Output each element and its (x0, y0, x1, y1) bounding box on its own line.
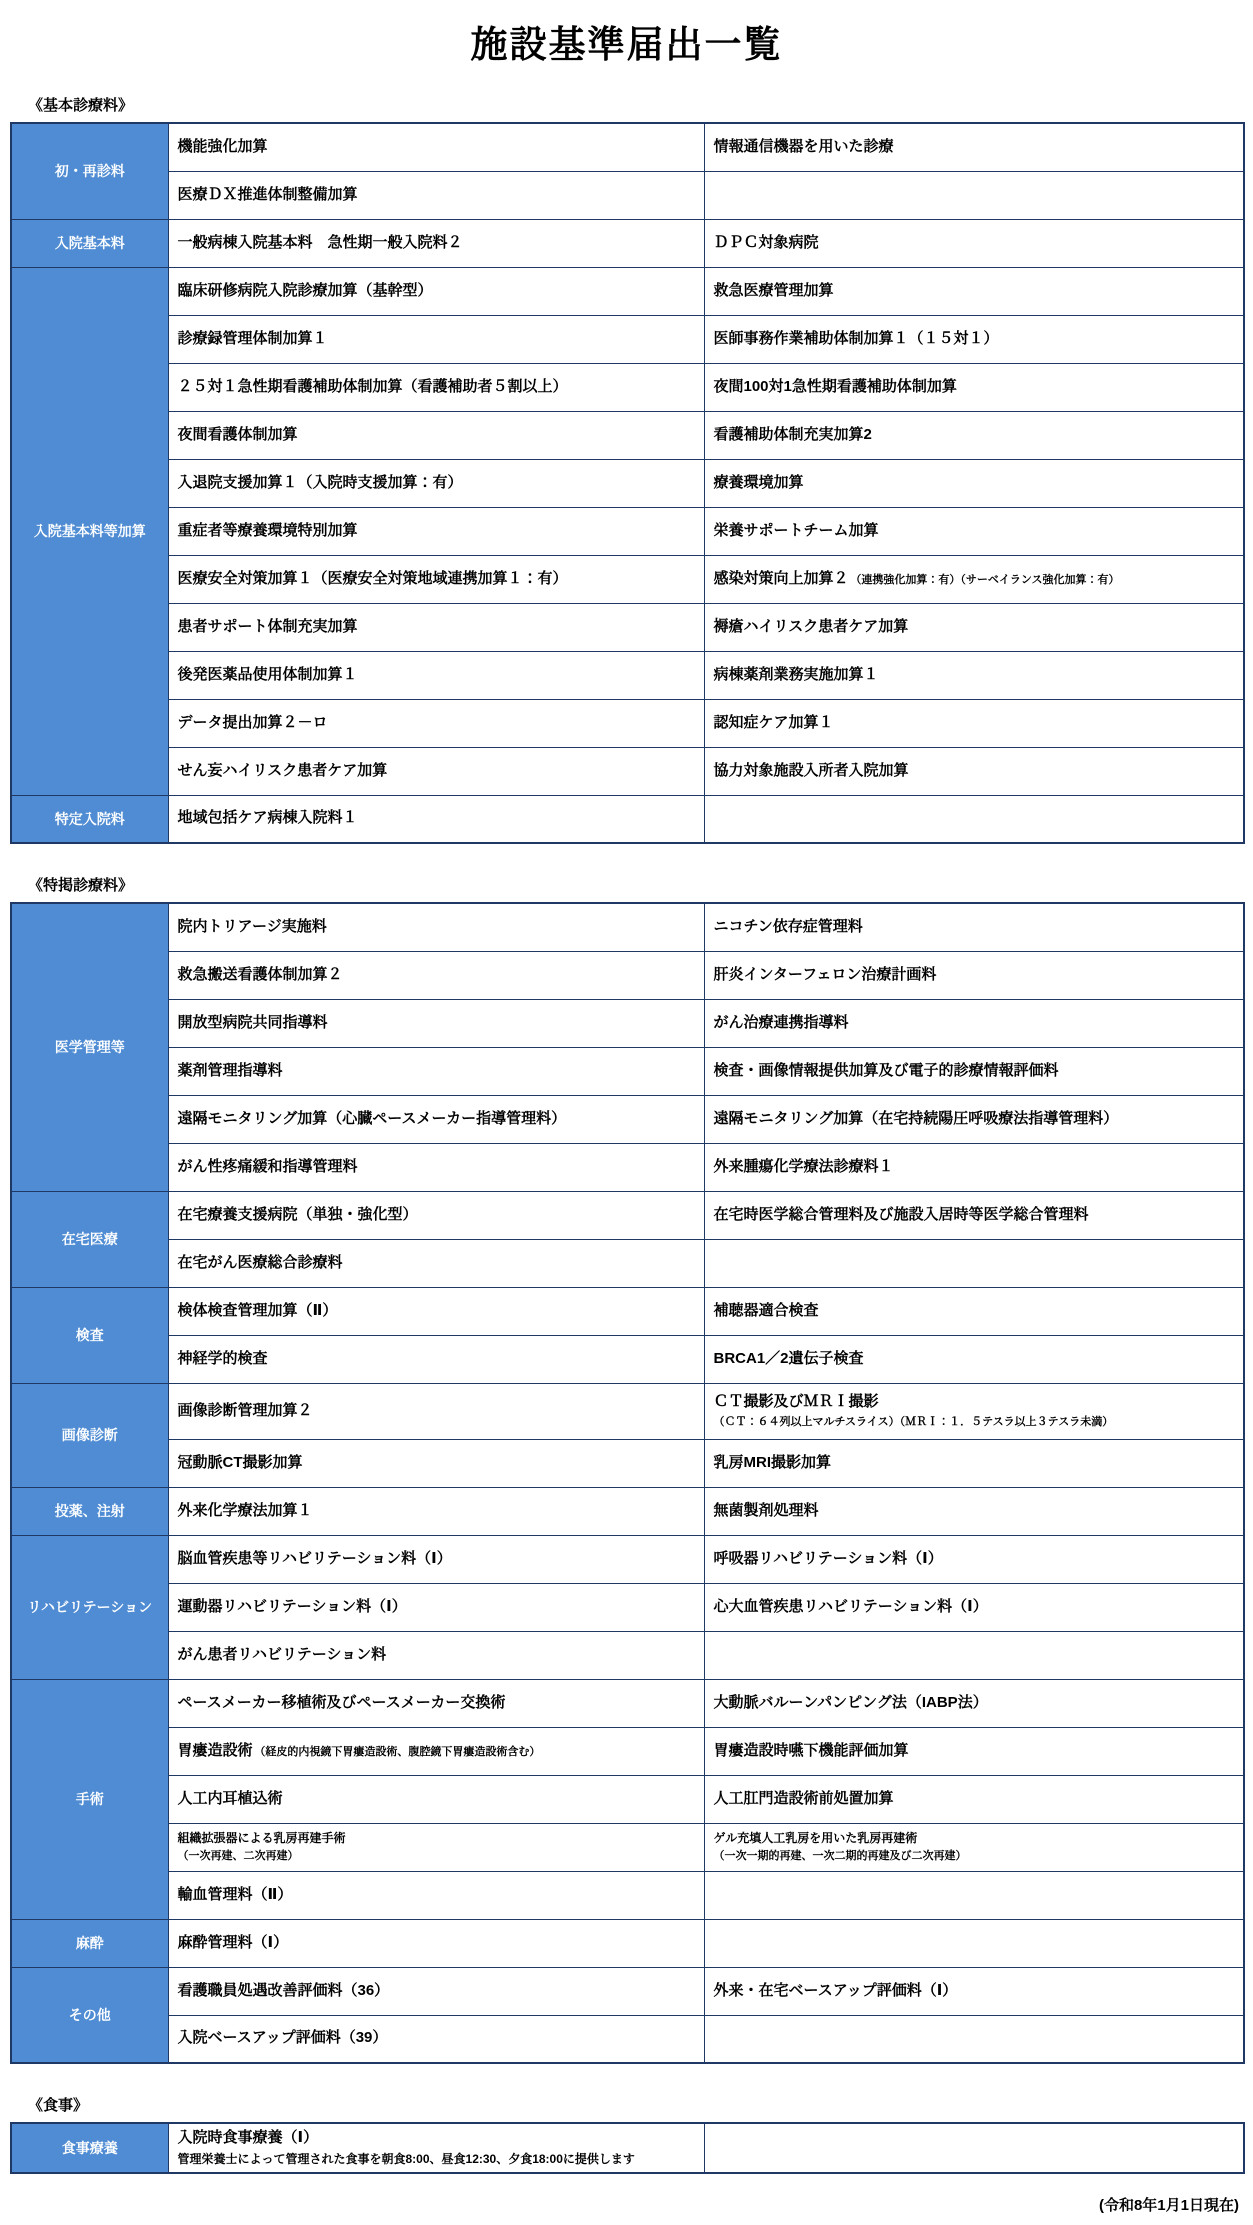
item-cell: 人工肛門造設術前処置加算 (704, 1775, 1244, 1823)
item-cell: 大動脈バルーンパンピング法（IABP法） (704, 1679, 1244, 1727)
table-row: 薬剤管理指導料検査・画像情報提供加算及び電子的診療情報評価料 (11, 1047, 1244, 1095)
category-cell: 投薬、注射 (11, 1487, 168, 1535)
item-cell: 救急搬送看護体制加算２ (168, 951, 704, 999)
section-heading-meals: 《食事》 (28, 2094, 1243, 2115)
item-label: 院内トリアージ実施料 (178, 918, 698, 937)
item-cell: 看護職員処遇改善評価料（36） (168, 1967, 704, 2015)
item-cell: 検体検査管理加算（Ⅱ） (168, 1287, 704, 1335)
item-cell: がん治療連携指導料 (704, 999, 1244, 1047)
item-label: 肝炎インターフェロン治療計画料 (714, 966, 1238, 985)
section-heading-basic: 《基本診療料》 (28, 94, 1243, 115)
table-row: 入院基本料等加算臨床研修病院入院診療加算（基幹型）救急医療管理加算 (11, 267, 1244, 315)
table-row: 胃瘻造設術 （経皮的内視鏡下胃瘻造設術、腹腔鏡下胃瘻造設術含む）胃瘻造設時嚥下機… (11, 1727, 1244, 1775)
item-label: 情報通信機器を用いた診療 (714, 138, 1238, 157)
item-cell: ゲル充填人工乳房を用いた乳房再建術（一次一期的再建、一次二期的再建及び二次再建） (704, 1823, 1244, 1871)
item-label: 後発医薬品使用体制加算１ (178, 666, 698, 685)
document: 施設基準届出一覧 《基本診療料》 初・再診料機能強化加算情報通信機器を用いた診療… (0, 0, 1253, 2225)
table-row: 運動器リハビリテーション料（Ⅰ）心大血管疾患リハビリテーション料（Ⅰ） (11, 1583, 1244, 1631)
item-label: 褥瘡ハイリスク患者ケア加算 (714, 618, 1238, 637)
category-cell: リハビリテーション (11, 1535, 168, 1679)
item-cell: 栄養サポートチーム加算 (704, 507, 1244, 555)
item-subtext: （一次再建、二次再建） (178, 1850, 698, 1863)
item-label: 輸血管理料（Ⅱ） (178, 1886, 698, 1905)
item-label: 救急搬送看護体制加算２ (178, 966, 698, 985)
category-cell: 入院基本料 (11, 219, 168, 267)
item-cell: 脳血管疾患等リハビリテーション料（Ⅰ） (168, 1535, 704, 1583)
item-label: 画像診断管理加算２ (178, 1402, 698, 1421)
table-row: 医療ＤＸ推進体制整備加算 (11, 171, 1244, 219)
table-row: 組織拡張器による乳房再建手術（一次再建、二次再建）ゲル充填人工乳房を用いた乳房再… (11, 1823, 1244, 1871)
item-cell: 遠隔モニタリング加算（心臓ペースメーカー指導管理料） (168, 1095, 704, 1143)
item-label: 薬剤管理指導料 (178, 1062, 698, 1081)
item-cell: 在宅時医学総合管理料及び施設入居時等医学総合管理料 (704, 1191, 1244, 1239)
item-cell: 薬剤管理指導料 (168, 1047, 704, 1095)
item-cell: 肝炎インターフェロン治療計画料 (704, 951, 1244, 999)
item-label: 臨床研修病院入院診療加算（基幹型） (178, 282, 698, 301)
item-label: 遠隔モニタリング加算（心臓ペースメーカー指導管理料） (178, 1110, 698, 1129)
table-row: 開放型病院共同指導料がん治療連携指導料 (11, 999, 1244, 1047)
item-cell: 開放型病院共同指導料 (168, 999, 704, 1047)
item-cell: 入退院支援加算１（入院時支援加算：有） (168, 459, 704, 507)
item-cell: 呼吸器リハビリテーション料（Ⅰ） (704, 1535, 1244, 1583)
item-cell: 在宅療養支援病院（単独・強化型） (168, 1191, 704, 1239)
item-cell: 病棟薬剤業務実施加算１ (704, 651, 1244, 699)
item-cell: 医療安全対策加算１（医療安全対策地域連携加算１：有） (168, 555, 704, 603)
item-label: 救急医療管理加算 (714, 282, 1238, 301)
item-label: 無菌製剤処理料 (714, 1502, 1238, 1521)
table-row: 患者サポート体制充実加算褥瘡ハイリスク患者ケア加算 (11, 603, 1244, 651)
item-subtext: 管理栄養士によって管理された食事を朝食8:00、昼食12:30、夕食18:00に… (178, 2152, 698, 2166)
item-cell: ＣＴ撮影及びＭＲＩ撮影（ＣＴ：６４列以上マルチスライス）（ＭＲＩ：１．５テスラ以… (704, 1383, 1244, 1439)
category-cell: 入院基本料等加算 (11, 267, 168, 795)
item-label: 組織拡張器による乳房再建手術 (178, 1831, 698, 1846)
item-label: 在宅がん医療総合診療料 (178, 1254, 698, 1273)
item-cell (704, 171, 1244, 219)
item-cell: 夜間100対1急性期看護補助体制加算 (704, 363, 1244, 411)
item-label: 栄養サポートチーム加算 (714, 522, 1238, 541)
as-of-date: (令和8年1月1日現在) (10, 2194, 1239, 2215)
item-label: 外来化学療法加算１ (178, 1502, 698, 1521)
item-label: 人工内耳植込術 (178, 1790, 698, 1809)
item-label: ＤＰＣ対象病院 (714, 234, 1238, 253)
table-row: 診療録管理体制加算１医師事務作業補助体制加算１（１５対１） (11, 315, 1244, 363)
table-row: 在宅医療在宅療養支援病院（単独・強化型）在宅時医学総合管理料及び施設入居時等医学… (11, 1191, 1244, 1239)
table-row: 食事療養入院時食事療養（Ⅰ）管理栄養士によって管理された食事を朝食8:00、昼食… (11, 2123, 1244, 2173)
item-cell: 地域包括ケア病棟入院料１ (168, 795, 704, 843)
item-label: 夜間看護体制加算 (178, 426, 698, 445)
meals-table: 食事療養入院時食事療養（Ⅰ）管理栄養士によって管理された食事を朝食8:00、昼食… (10, 2122, 1245, 2174)
item-cell: 冠動脈CT撮影加算 (168, 1439, 704, 1487)
item-cell: データ提出加算２－ロ (168, 699, 704, 747)
item-label: 大動脈バルーンパンピング法（IABP法） (714, 1694, 1238, 1713)
item-label: 神経学的検査 (178, 1350, 698, 1369)
item-cell: 胃瘻造設時嚥下機能評価加算 (704, 1727, 1244, 1775)
table-row: リハビリテーション脳血管疾患等リハビリテーション料（Ⅰ）呼吸器リハビリテーション… (11, 1535, 1244, 1583)
item-cell (704, 1871, 1244, 1919)
table-row: データ提出加算２－ロ認知症ケア加算１ (11, 699, 1244, 747)
table-row: 遠隔モニタリング加算（心臓ペースメーカー指導管理料）遠隔モニタリング加算（在宅持… (11, 1095, 1244, 1143)
table-row: 救急搬送看護体制加算２肝炎インターフェロン治療計画料 (11, 951, 1244, 999)
item-cell: 検査・画像情報提供加算及び電子的診療情報評価料 (704, 1047, 1244, 1095)
item-cell: ペースメーカー移植術及びペースメーカー交換術 (168, 1679, 704, 1727)
category-cell: その他 (11, 1967, 168, 2063)
item-cell: 運動器リハビリテーション料（Ⅰ） (168, 1583, 704, 1631)
item-label: 補聴器適合検査 (714, 1302, 1238, 1321)
item-label: 遠隔モニタリング加算（在宅持続陽圧呼吸療法指導管理料） (714, 1110, 1238, 1129)
table-row: 輸血管理料（Ⅱ） (11, 1871, 1244, 1919)
item-label: ２５対１急性期看護補助体制加算（看護補助者５割以上） (178, 378, 698, 397)
item-cell: 医師事務作業補助体制加算１（１５対１） (704, 315, 1244, 363)
item-cell: 外来腫瘍化学療法診療料１ (704, 1143, 1244, 1191)
item-label: 外来・在宅ベースアップ評価料（Ⅰ） (714, 1982, 1238, 2001)
item-label: 乳房MRI撮影加算 (714, 1454, 1238, 1473)
item-cell: 胃瘻造設術 （経皮的内視鏡下胃瘻造設術、腹腔鏡下胃瘻造設術含む） (168, 1727, 704, 1775)
item-cell: 救急医療管理加算 (704, 267, 1244, 315)
item-label: 入院ベースアップ評価料（39） (178, 2029, 698, 2048)
item-cell (704, 2015, 1244, 2063)
item-cell: 感染対策向上加算２ （連携強化加算：有）（サーベイランス強化加算：有） (704, 555, 1244, 603)
item-cell: 機能強化加算 (168, 123, 704, 171)
table-row: 神経学的検査BRCA1／2遺伝子検査 (11, 1335, 1244, 1383)
item-cell: 認知症ケア加算１ (704, 699, 1244, 747)
item-cell: ２５対１急性期看護補助体制加算（看護補助者５割以上） (168, 363, 704, 411)
item-cell: 外来・在宅ベースアップ評価料（Ⅰ） (704, 1967, 1244, 2015)
item-cell: 遠隔モニタリング加算（在宅持続陽圧呼吸療法指導管理料） (704, 1095, 1244, 1143)
item-label: 心大血管疾患リハビリテーション料（Ⅰ） (714, 1598, 1238, 1617)
item-label: 在宅療養支援病院（単独・強化型） (178, 1206, 698, 1225)
item-cell: 輸血管理料（Ⅱ） (168, 1871, 704, 1919)
item-cell: ニコチン依存症管理料 (704, 903, 1244, 951)
item-cell (704, 1919, 1244, 1967)
special-fees-table: 医学管理等院内トリアージ実施料ニコチン依存症管理料救急搬送看護体制加算２肝炎イン… (10, 902, 1245, 2064)
category-cell: 医学管理等 (11, 903, 168, 1191)
item-label: 冠動脈CT撮影加算 (178, 1454, 698, 1473)
item-label: ニコチン依存症管理料 (714, 918, 1238, 937)
item-label: 検査・画像情報提供加算及び電子的診療情報評価料 (714, 1062, 1238, 1081)
basic-fees-table: 初・再診料機能強化加算情報通信機器を用いた診療医療ＤＸ推進体制整備加算入院基本料… (10, 122, 1245, 844)
category-cell: 在宅医療 (11, 1191, 168, 1287)
table-row: せん妄ハイリスク患者ケア加算協力対象施設入所者入院加算 (11, 747, 1244, 795)
item-label: せん妄ハイリスク患者ケア加算 (178, 762, 698, 781)
item-label: がん患者リハビリテーション料 (178, 1646, 698, 1665)
table-row: 初・再診料機能強化加算情報通信機器を用いた診療 (11, 123, 1244, 171)
item-label: BRCA1／2遺伝子検査 (714, 1350, 1238, 1369)
category-cell: 検査 (11, 1287, 168, 1383)
item-cell: 重症者等療養環境特別加算 (168, 507, 704, 555)
item-cell (704, 795, 1244, 843)
item-label: 看護補助体制充実加算2 (714, 426, 1238, 445)
item-label: データ提出加算２－ロ (178, 714, 698, 733)
item-cell: がん性疼痛緩和指導管理料 (168, 1143, 704, 1191)
item-cell: 無菌製剤処理料 (704, 1487, 1244, 1535)
item-label: 認知症ケア加算１ (714, 714, 1238, 733)
section-heading-special: 《特掲診療料》 (28, 874, 1243, 895)
item-cell: せん妄ハイリスク患者ケア加算 (168, 747, 704, 795)
item-label: 機能強化加算 (178, 138, 698, 157)
item-label: ペースメーカー移植術及びペースメーカー交換術 (178, 1694, 698, 1713)
category-cell: 食事療養 (11, 2123, 168, 2173)
item-label: 一般病棟入院基本料 急性期一般入院料２ (178, 234, 698, 253)
item-label: 看護職員処遇改善評価料（36） (178, 1982, 698, 2001)
item-label: 外来腫瘍化学療法診療料１ (714, 1158, 1238, 1177)
table-row: 入院ベースアップ評価料（39） (11, 2015, 1244, 2063)
item-cell: 褥瘡ハイリスク患者ケア加算 (704, 603, 1244, 651)
item-label: 在宅時医学総合管理料及び施設入居時等医学総合管理料 (714, 1206, 1238, 1225)
item-cell: 乳房MRI撮影加算 (704, 1439, 1244, 1487)
item-label: 重症者等療養環境特別加算 (178, 522, 698, 541)
item-cell: 協力対象施設入所者入院加算 (704, 747, 1244, 795)
item-cell: 神経学的検査 (168, 1335, 704, 1383)
item-label: 胃瘻造設時嚥下機能評価加算 (714, 1742, 1238, 1761)
category-cell: 麻酔 (11, 1919, 168, 1967)
item-label: 夜間100対1急性期看護補助体制加算 (714, 378, 1238, 397)
item-cell: 人工内耳植込術 (168, 1775, 704, 1823)
item-cell: 患者サポート体制充実加算 (168, 603, 704, 651)
item-label: 病棟薬剤業務実施加算１ (714, 666, 1238, 685)
item-subtext: （一次一期的再建、一次二期的再建及び二次再建） (714, 1850, 1238, 1863)
table-row: 特定入院料地域包括ケア病棟入院料１ (11, 795, 1244, 843)
table-row: 入院基本料一般病棟入院基本料 急性期一般入院料２ＤＰＣ対象病院 (11, 219, 1244, 267)
item-cell: 組織拡張器による乳房再建手術（一次再建、二次再建） (168, 1823, 704, 1871)
item-cell (704, 1239, 1244, 1287)
table-row: 投薬、注射外来化学療法加算１無菌製剤処理料 (11, 1487, 1244, 1535)
item-label: がん性疼痛緩和指導管理料 (178, 1158, 698, 1177)
table-row: 手術ペースメーカー移植術及びペースメーカー交換術大動脈バルーンパンピング法（IA… (11, 1679, 1244, 1727)
item-label: 入院時食事療養（Ⅰ） (178, 2129, 698, 2148)
table-row: 医学管理等院内トリアージ実施料ニコチン依存症管理料 (11, 903, 1244, 951)
item-cell: 後発医薬品使用体制加算１ (168, 651, 704, 699)
category-cell: 画像診断 (11, 1383, 168, 1487)
category-cell: 初・再診料 (11, 123, 168, 219)
item-label: 協力対象施設入所者入院加算 (714, 762, 1238, 781)
table-row: 夜間看護体制加算看護補助体制充実加算2 (11, 411, 1244, 459)
item-cell: 医療ＤＸ推進体制整備加算 (168, 171, 704, 219)
table-row: ２５対１急性期看護補助体制加算（看護補助者５割以上）夜間100対1急性期看護補助… (11, 363, 1244, 411)
item-label: ＣＴ撮影及びＭＲＩ撮影 (714, 1393, 1238, 1412)
item-cell: 一般病棟入院基本料 急性期一般入院料２ (168, 219, 704, 267)
item-label: 呼吸器リハビリテーション料（Ⅰ） (714, 1550, 1238, 1569)
item-cell: 補聴器適合検査 (704, 1287, 1244, 1335)
item-cell: がん患者リハビリテーション料 (168, 1631, 704, 1679)
category-cell: 特定入院料 (11, 795, 168, 843)
item-cell (704, 2123, 1244, 2173)
table-row: がん患者リハビリテーション料 (11, 1631, 1244, 1679)
item-cell: BRCA1／2遺伝子検査 (704, 1335, 1244, 1383)
table-row: 冠動脈CT撮影加算乳房MRI撮影加算 (11, 1439, 1244, 1487)
table-row: 在宅がん医療総合診療料 (11, 1239, 1244, 1287)
item-cell: 麻酔管理料（Ⅰ） (168, 1919, 704, 1967)
item-label: 医療安全対策加算１（医療安全対策地域連携加算１：有） (178, 570, 698, 589)
item-cell: 在宅がん医療総合診療料 (168, 1239, 704, 1287)
item-cell: 入院ベースアップ評価料（39） (168, 2015, 704, 2063)
table-row: 医療安全対策加算１（医療安全対策地域連携加算１：有）感染対策向上加算２ （連携強… (11, 555, 1244, 603)
item-cell: 院内トリアージ実施料 (168, 903, 704, 951)
item-cell: 画像診断管理加算２ (168, 1383, 704, 1439)
item-cell: ＤＰＣ対象病院 (704, 219, 1244, 267)
table-row: 後発医薬品使用体制加算１病棟薬剤業務実施加算１ (11, 651, 1244, 699)
item-label: 開放型病院共同指導料 (178, 1014, 698, 1033)
table-row: 検査検体検査管理加算（Ⅱ）補聴器適合検査 (11, 1287, 1244, 1335)
item-cell: 情報通信機器を用いた診療 (704, 123, 1244, 171)
table-row: その他看護職員処遇改善評価料（36）外来・在宅ベースアップ評価料（Ⅰ） (11, 1967, 1244, 2015)
item-cell: 診療録管理体制加算１ (168, 315, 704, 363)
item-label: 医師事務作業補助体制加算１（１５対１） (714, 330, 1238, 349)
category-cell: 手術 (11, 1679, 168, 1919)
item-label: 医療ＤＸ推進体制整備加算 (178, 186, 698, 205)
table-row: がん性疼痛緩和指導管理料外来腫瘍化学療法診療料１ (11, 1143, 1244, 1191)
item-label: 脳血管疾患等リハビリテーション料（Ⅰ） (178, 1550, 698, 1569)
table-row: 画像診断画像診断管理加算２ＣＴ撮影及びＭＲＩ撮影（ＣＴ：６４列以上マルチスライス… (11, 1383, 1244, 1439)
item-label: 麻酔管理料（Ⅰ） (178, 1934, 698, 1953)
item-label: がん治療連携指導料 (714, 1014, 1238, 1033)
item-label: 運動器リハビリテーション料（Ⅰ） (178, 1598, 698, 1617)
item-note: （経皮的内視鏡下胃瘻造設術、腹腔鏡下胃瘻造設術含む） (253, 1746, 541, 1758)
item-label: ゲル充填人工乳房を用いた乳房再建術 (714, 1831, 1238, 1846)
item-label: 療養環境加算 (714, 474, 1238, 493)
item-label: 検体検査管理加算（Ⅱ） (178, 1302, 698, 1321)
item-label: 患者サポート体制充実加算 (178, 618, 698, 637)
item-cell: 療養環境加算 (704, 459, 1244, 507)
table-row: 重症者等療養環境特別加算栄養サポートチーム加算 (11, 507, 1244, 555)
item-cell: 心大血管疾患リハビリテーション料（Ⅰ） (704, 1583, 1244, 1631)
page-title: 施設基準届出一覧 (10, 14, 1243, 68)
table-row: 人工内耳植込術人工肛門造設術前処置加算 (11, 1775, 1244, 1823)
item-label: 感染対策向上加算２ （連携強化加算：有）（サーベイランス強化加算：有） (714, 570, 1238, 589)
item-cell: 看護補助体制充実加算2 (704, 411, 1244, 459)
item-subtext: （ＣＴ：６４列以上マルチスライス）（ＭＲＩ：１．５テスラ以上３テスラ未満） (714, 1416, 1238, 1429)
item-label: 診療録管理体制加算１ (178, 330, 698, 349)
item-cell: 夜間看護体制加算 (168, 411, 704, 459)
item-label: 地域包括ケア病棟入院料１ (178, 809, 698, 828)
item-label: 入退院支援加算１（入院時支援加算：有） (178, 474, 698, 493)
item-cell: 臨床研修病院入院診療加算（基幹型） (168, 267, 704, 315)
item-cell: 外来化学療法加算１ (168, 1487, 704, 1535)
table-row: 麻酔麻酔管理料（Ⅰ） (11, 1919, 1244, 1967)
item-cell: 入院時食事療養（Ⅰ）管理栄養士によって管理された食事を朝食8:00、昼食12:3… (168, 2123, 704, 2173)
item-label: 人工肛門造設術前処置加算 (714, 1790, 1238, 1809)
item-label: 胃瘻造設術 （経皮的内視鏡下胃瘻造設術、腹腔鏡下胃瘻造設術含む） (178, 1742, 698, 1761)
item-note: （連携強化加算：有）（サーベイランス強化加算：有） (849, 574, 1120, 586)
item-cell (704, 1631, 1244, 1679)
table-row: 入退院支援加算１（入院時支援加算：有）療養環境加算 (11, 459, 1244, 507)
